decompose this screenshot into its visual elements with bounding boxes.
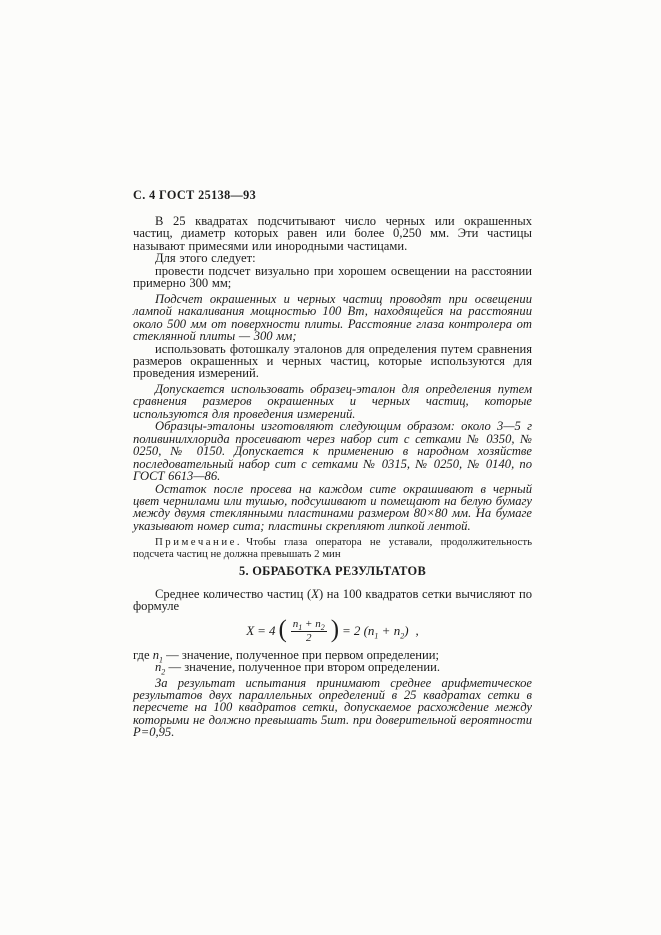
formula-intro-paragraph: Среднее количество частиц (X) на 100 ква… [133, 588, 532, 613]
trailing-comma: , [416, 623, 419, 639]
variable-x: X [311, 587, 319, 601]
formula-coefficient: 4 [269, 623, 276, 639]
paragraph: Остаток после просева на каждом сите окр… [133, 483, 532, 533]
paragraph: провести подсчет визуально при хорошем о… [133, 265, 532, 290]
fraction-denominator: 2 [291, 631, 327, 644]
text-column: С. 4 ГОСТ 25138—93 В 25 квадратах подсчи… [133, 189, 532, 739]
section-heading: 5. ОБРАБОТКА РЕЗУЛЬТАТОВ [133, 565, 532, 578]
equals-sign-2: = [342, 623, 351, 639]
paragraph: За результат испытания принимают среднее… [133, 677, 532, 739]
paragraph: Для этого следует: [133, 252, 532, 264]
rhs-expression: 2 (n1 + n2) [354, 623, 409, 639]
scanned-document-page: С. 4 ГОСТ 25138—93 В 25 квадратах подсчи… [0, 0, 661, 935]
note: Примечание.Чтобы глаза оператора не уста… [133, 537, 532, 559]
formula-lhs: X [246, 623, 254, 639]
closing-block: За результат испытания принимают среднее… [133, 677, 532, 739]
formula: X = 4 ( n1 + n2 2 ) = 2 (n1 + n2) , [133, 619, 532, 644]
paragraph: Подсчет окрашенных и черных частиц прово… [133, 293, 532, 343]
paragraph: Образцы-эталоны изготовляют следующим об… [133, 420, 532, 482]
formula-fraction: n1 + n2 2 [291, 619, 327, 644]
where-definitions: где n1 — значение, полученное при первом… [133, 649, 532, 674]
equals-sign: = [257, 623, 266, 639]
fraction-numerator: n1 + n2 [291, 619, 327, 631]
paragraph: Допускается использовать образец-эталон … [133, 383, 532, 420]
where-line: n2 — значение, полученное при втором опр… [133, 661, 532, 673]
paragraph: В 25 квадратах подсчитывают число черных… [133, 215, 532, 252]
paragraph: использовать фотошкалу эталонов для опре… [133, 343, 532, 380]
note-label: Примечание. [155, 536, 246, 548]
body-text-block: В 25 квадратах подсчитывают число черных… [133, 215, 532, 532]
page-header: С. 4 ГОСТ 25138—93 [133, 189, 532, 201]
